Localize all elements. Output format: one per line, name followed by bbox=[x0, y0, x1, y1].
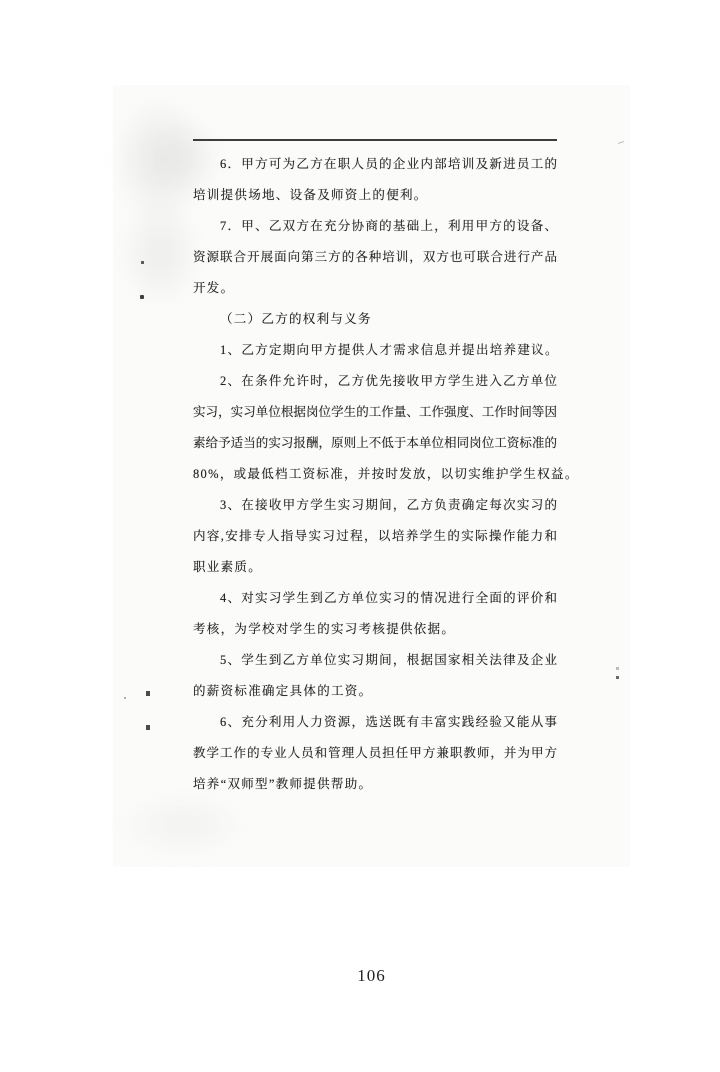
doc-line: 的薪资标准确定具体的工资。 bbox=[193, 676, 557, 707]
doc-line: 素给予适当的实习报酬，原则上不低于本单位相同岗位工资标准的 bbox=[193, 428, 557, 459]
doc-line: 6、充分利用人力资源，选送既有丰富实践经验又能从事 bbox=[193, 707, 557, 738]
doc-line: 5、学生到乙方单位实习期间，根据国家相关法律及企业 bbox=[193, 645, 557, 676]
ink-speck bbox=[146, 691, 150, 696]
section-divider-line bbox=[193, 139, 557, 141]
doc-line: 资源联合开展面向第三方的各种培训，双方也可联合进行产品 bbox=[193, 242, 557, 273]
doc-line: 实习，实习单位根据岗位学生的工作量、工作强度、工作时间等因 bbox=[193, 397, 557, 428]
doc-line: 培训提供场地、设备及师资上的便利。 bbox=[193, 180, 557, 211]
scan-smudge bbox=[118, 195, 203, 310]
doc-line: 3、在接收甲方学生实习期间，乙方负责确定每次实习的 bbox=[193, 490, 557, 521]
scan-smudge bbox=[112, 790, 252, 860]
ink-speck bbox=[616, 667, 619, 670]
ink-speck bbox=[141, 261, 144, 264]
doc-line: 4、对实习学生到乙方单位实习的情况进行全面的评价和 bbox=[193, 583, 557, 614]
doc-line: 80%，或最低档工资标准，并按时发放，以切实维护学生权益。 bbox=[193, 459, 557, 490]
doc-section-heading: （二）乙方的权利与义务 bbox=[193, 304, 557, 335]
doc-line: 内容,安排专人指导实习过程，以培养学生的实际操作能力和 bbox=[193, 521, 557, 552]
ink-speck bbox=[616, 676, 619, 679]
ink-speck bbox=[146, 725, 150, 730]
doc-line: 6．甲方可为乙方在职人员的企业内部培训及新进员工的 bbox=[193, 149, 557, 180]
contract-text: 6．甲方可为乙方在职人员的企业内部培训及新进员工的 培训提供场地、设备及师资上的… bbox=[193, 149, 557, 800]
ink-speck bbox=[140, 295, 144, 299]
doc-line: 培养“双师型”教师提供帮助。 bbox=[193, 769, 557, 800]
doc-line: 职业素质。 bbox=[193, 552, 557, 583]
ink-speck bbox=[124, 697, 126, 699]
doc-line: 考核，为学校对学生的实习考核提供依据。 bbox=[193, 614, 557, 645]
doc-line: 开发。 bbox=[193, 273, 557, 304]
doc-line: 教学工作的专业人员和管理人员担任甲方兼职教师，并为甲方 bbox=[193, 738, 557, 769]
page-number: 106 bbox=[113, 966, 630, 986]
doc-line: 1、乙方定期向甲方提供人才需求信息并提出培养建议。 bbox=[193, 335, 557, 366]
doc-line: 2、在条件允许时，乙方优先接收甲方学生进入乙方单位 bbox=[193, 366, 557, 397]
doc-line: 7．甲、乙双方在充分协商的基础上，利用甲方的设备、 bbox=[193, 211, 557, 242]
